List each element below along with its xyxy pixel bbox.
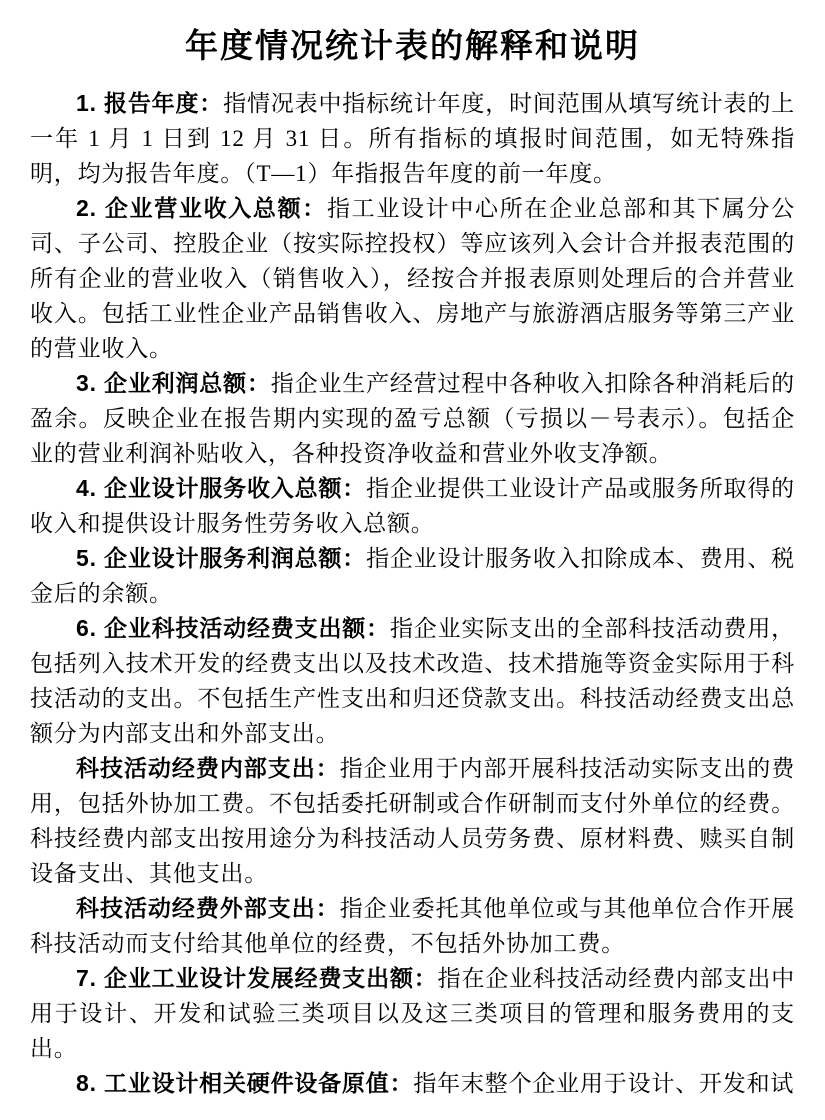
term-label: 1. 报告年度： [76,90,223,116]
term-label: 科技活动经费内部支出： [76,755,340,781]
paragraph-design-service-revenue: 4. 企业设计服务收入总额：指企业提供工业设计产品或服务所取得的收入和提供设计服… [30,471,795,541]
term-label: 8. 工业设计相关硬件设备原值： [76,1070,413,1096]
term-label: 2. 企业营业收入总额： [76,195,327,221]
document-body: 1. 报告年度：指情况表中指标统计年度，时间范围从填写统计表的上一年 1 月 1… [30,86,795,1101]
paragraph-design-service-profit: 5. 企业设计服务利润总额：指企业设计服务收入扣除成本、费用、税金后的余额。 [30,541,795,611]
paragraph-external-expenditure: 科技活动经费外部支出：指企业委托其他单位或与其他单位合作开展科技活动而支付给其他… [30,891,795,961]
paragraph-total-revenue: 2. 企业营业收入总额：指工业设计中心所在企业总部和其下属分公司、子公司、控股企… [30,191,795,366]
paragraph-internal-expenditure: 科技活动经费内部支出：指企业用于内部开展科技活动实际支出的费用，包括外协加工费。… [30,751,795,891]
term-label: 5. 企业设计服务利润总额： [76,545,366,571]
paragraph-report-year: 1. 报告年度：指情况表中指标统计年度，时间范围从填写统计表的上一年 1 月 1… [30,86,795,191]
paragraph-design-development-expenditure: 7. 企业工业设计发展经费支出额：指在企业科技活动经费内部支出中用于设计、开发和… [30,961,795,1066]
term-label: 7. 企业工业设计发展经费支出额： [76,965,438,991]
paragraph-hardware-original-value: 8. 工业设计相关硬件设备原值：指年末整个企业用于设计、开发和试 [30,1066,795,1101]
paragraph-total-profit: 3. 企业利润总额：指企业生产经营过程中各种收入扣除各种消耗后的盈余。反映企业在… [30,366,795,471]
term-label: 科技活动经费外部支出： [76,895,340,921]
document-page: 年度情况统计表的解释和说明 1. 报告年度：指情况表中指标统计年度，时间范围从填… [0,0,825,1120]
paragraph-tech-activity-expenditure: 6. 企业科技活动经费支出额：指企业实际支出的全部科技活动费用，包括列入技术开发… [30,611,795,751]
document-title: 年度情况统计表的解释和说明 [30,26,795,66]
term-label: 3. 企业利润总额： [76,370,271,396]
term-definition: 指年末整个企业用于设计、开发和试 [413,1071,794,1096]
term-label: 6. 企业科技活动经费支出额： [76,615,390,641]
term-label: 4. 企业设计服务收入总额： [76,475,366,501]
